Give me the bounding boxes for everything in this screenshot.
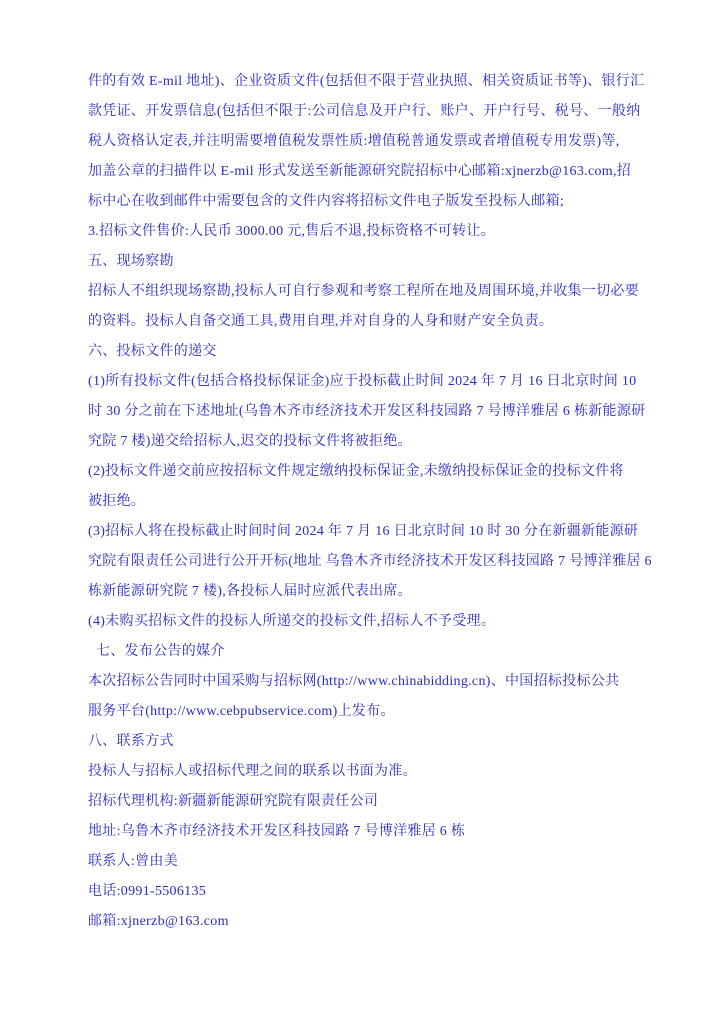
- doc-line: 时 30 分之前在下述地址(乌鲁木齐市经济技术开发区科技园路 7 号博洋雅居 6…: [88, 397, 648, 427]
- doc-line: 加盖公章的扫描件以 E-mil 形式发送至新能源研究院招标中心邮箱:xjnerz…: [88, 157, 648, 187]
- section-heading-contact: 八、联系方式: [88, 727, 648, 757]
- section-heading-site-survey: 五、现场察勘: [88, 247, 648, 277]
- doc-line: (4)未购买招标文件的投标人所递交的投标文件,招标人不予受理。: [88, 607, 648, 637]
- doc-line-agency: 招标代理机构:新疆新能源研究院有限责任公司: [88, 787, 648, 817]
- doc-line-phone: 电话:0991-5506135: [88, 877, 648, 907]
- doc-line: 究院 7 楼)递交给招标人,迟交的投标文件将被拒绝。: [88, 427, 648, 457]
- doc-line-file-price: 3.招标文件售价:人民币 3000.00 元,售后不退,投标资格不可转让。: [88, 217, 648, 247]
- doc-line: 服务平台(http://www.cebpubservice.com)上发布。: [88, 697, 648, 727]
- doc-line-email: 邮箱:xjnerzb@163.com: [88, 907, 648, 937]
- doc-line-contact-person: 联系人:曾由美: [88, 847, 648, 877]
- doc-line: 本次招标公告同时中国采购与招标网(http://www.chinabidding…: [88, 667, 648, 697]
- doc-line: (3)招标人将在投标截止时间时间 2024 年 7 月 16 日北京时间 10 …: [88, 517, 648, 547]
- doc-line: 投标人与招标人或招标代理之间的联系以书面为准。: [88, 757, 648, 787]
- doc-line: (2)投标文件递交前应按招标文件规定缴纳投标保证金,未缴纳投标保证金的投标文件将: [88, 457, 648, 487]
- doc-line: 税人资格认定表,并注明需要增值税发票性质:增值税普通发票或者增值税专用发票)等,: [88, 127, 648, 157]
- doc-line: (1)所有投标文件(包括合格投标保证金)应于投标截止时间 2024 年 7 月 …: [88, 367, 648, 397]
- doc-line: 栋新能源研究院 7 楼),各投标人届时应派代表出席。: [88, 577, 648, 607]
- section-heading-bid-submission: 六、投标文件的递交: [88, 337, 648, 367]
- doc-line: 件的有效 E-mil 地址)、企业资质文件(包括但不限于营业执照、相关资质证书等…: [88, 67, 648, 97]
- doc-line: 究院有限责任公司进行公开开标(地址 乌鲁木齐市经济技术开发区科技园路 7 号博洋…: [88, 547, 648, 577]
- doc-line: 标中心在收到邮件中需要包含的文件内容将招标文件电子版发至投标人邮箱;: [88, 187, 648, 217]
- document-page: 件的有效 E-mil 地址)、企业资质文件(包括但不限于营业执照、相关资质证书等…: [0, 0, 723, 1009]
- doc-line: 款凭证、开发票信息(包括但不限于:公司信息及开户行、账户、开户行号、税号、一般纳: [88, 97, 648, 127]
- doc-line: 招标人不组织现场察勘,投标人可自行参观和考察工程所在地及周围环境,并收集一切必要: [88, 277, 648, 307]
- doc-line: 的资料。投标人自备交通工具,费用自理,并对自身的人身和财产安全负责。: [88, 307, 648, 337]
- doc-line-address: 地址:乌鲁木齐市经济技术开发区科技园路 7 号博洋雅居 6 栋: [88, 817, 648, 847]
- section-heading-announcement-media: 七、发布公告的媒介: [88, 637, 656, 667]
- doc-line: 被拒绝。: [88, 487, 648, 517]
